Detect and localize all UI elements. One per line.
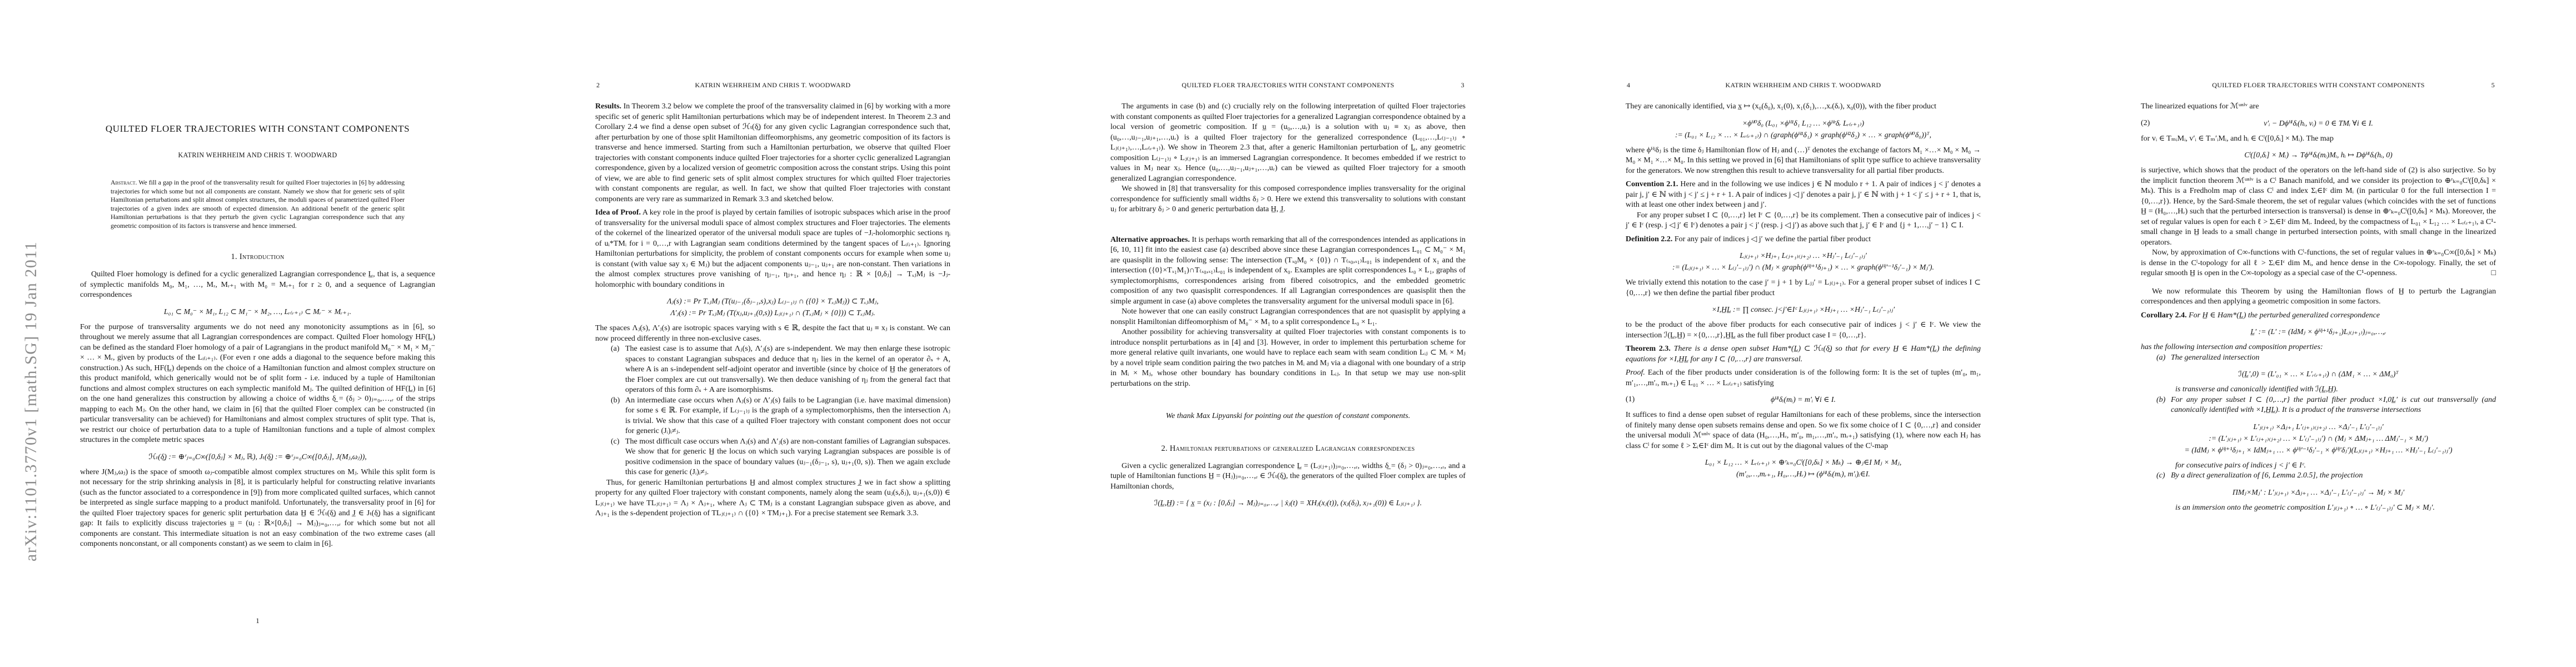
display-equation: L₀₁ ⊂ M₀⁻ × M₁, L₁₂ ⊂ M₁⁻ × M₂, …, Lᵣ₍ᵣ₊… — [80, 306, 435, 317]
page-2: 2 KATRIN WEHRHEIM AND CHRIS T. WOODWARD … — [515, 0, 1030, 667]
paragraph: Thus, for generic Hamiltonian perturbati… — [595, 478, 950, 519]
abstract: Abstract. We fill a gap in the proof of … — [111, 178, 405, 230]
paragraph-text: It is perhaps worth remarking that all o… — [1110, 236, 1466, 306]
arxiv-watermark: arXiv:1101.3770v1 [math.SG] 19 Jan 2011 — [22, 241, 41, 561]
paragraph-text: Each of the fiber products under conside… — [1626, 369, 1981, 387]
display-equation: ℐ(L̲,H̲) := { x̲ = (xⱼ : [0,δⱼ] → Mⱼ)ⱼ₌₀… — [1110, 497, 1466, 509]
alternative-label: Alternative approaches. — [1110, 236, 1190, 244]
running-head-title: QUILTED FLOER TRAJECTORIES WITH CONSTANT… — [2141, 81, 2496, 89]
running-head: QUILTED FLOER TRAJECTORIES WITH CONSTANT… — [1110, 81, 1466, 89]
running-head: 2 KATRIN WEHRHEIM AND CHRIS T. WOODWARD — [595, 81, 950, 89]
list-continuation: is transverse and canonically identified… — [2175, 385, 2496, 395]
paragraph: It suffices to find a dense open subset … — [1626, 410, 1981, 451]
paragraph-proof: Proof. Each of the fiber products under … — [1626, 368, 1981, 389]
paragraph: We trivially extend this notation to the… — [1626, 278, 1981, 298]
paragraph-corollary: Corollary 2.4. For H̲ ∈ Ham*(L̲) the per… — [2141, 311, 2496, 321]
paragraph-results: Results. In Theorem 3.2 below we complet… — [595, 102, 950, 205]
list-text: An intermediate case occurs when Λⱼ(s) o… — [625, 396, 950, 437]
paragraph-alternative-approaches: Alternative approaches. It is perhaps wo… — [1110, 235, 1466, 307]
list-label: (b) — [2156, 395, 2171, 416]
list-continuation: for consecutive pairs of indices j < j′ … — [2175, 461, 2496, 471]
display-equation: ×ϕᴴ⁰δ₀ (L₀₁ ×ϕᴴ¹δ₁ L₁₂ … ×ϕᴴʳδᵣ Lᵣ₍ᵣ₊₁₎)… — [1626, 117, 1981, 141]
convention-label: Convention 2.1. — [1626, 180, 1678, 188]
paragraph: where ϕᴴʲδⱼ is the time δⱼ Hamiltonian f… — [1626, 146, 1981, 177]
paragraph: Another possibility for achieving transv… — [1110, 327, 1466, 389]
corollary-label: Corollary 2.4. — [2141, 311, 2187, 320]
paragraph: They are canonically identified, via x̲ … — [1626, 102, 1981, 112]
section-heading-introduction: 1. Introduction — [80, 252, 435, 262]
paragraph: is surjective, which shows that the prod… — [2141, 166, 2496, 248]
list-text: For any proper subset I ⊂ {0,…,r} the pa… — [2171, 395, 2496, 416]
paragraph: for vᵢ ∈ TₘᵢMᵢ, v′ᵢ ∈ Tₘ′ᵢMᵢ, and hᵢ ∈ C… — [2141, 134, 2496, 145]
results-label: Results. — [595, 102, 621, 111]
display-equation: L̲′ := (L′ := (IdMⱼ × ϕᴴʲ⁺¹δⱼ₊₁)Lⱼ₍ⱼ₊₁₎)… — [2141, 326, 2496, 337]
paragraph: We now reformulate this Theorem by using… — [2141, 287, 2496, 307]
list-item-a: (a) The easiest case is to assume that Λ… — [595, 344, 950, 396]
paragraph: Given a cyclic generalized Lagrangian co… — [1110, 461, 1466, 492]
paragraph: For the purpose of transversality argume… — [80, 322, 435, 446]
paragraph-idea-of-proof: Idea of Proof. A key role in the proof i… — [595, 208, 950, 290]
list-continuation: is an immersion onto the geometric compo… — [2175, 503, 2496, 514]
display-equation: ΠMⱼ×Mⱼ′ : L′ⱼ₍ⱼ₊₁₎ ×Δⱼ₊₁ … ×Δⱼ′₋₁ L′₍ⱼ′₋… — [2141, 486, 2496, 498]
list-text: By a direct generalization of [6, Lemma … — [2171, 471, 2496, 481]
paper-authors: KATRIN WEHRHEIM AND CHRIS T. WOODWARD — [80, 151, 435, 160]
paragraph: The spaces Λⱼ(s), Λ′ⱼ(s) are isotropic s… — [595, 323, 950, 344]
running-head: 4 KATRIN WEHRHEIM AND CHRIS T. WOODWARD — [1626, 81, 1981, 89]
abstract-text: We fill a gap in the proof of the transv… — [111, 178, 405, 230]
list-text: The easiest case is to assume that Λⱼ(s)… — [625, 344, 950, 396]
page-number: 4 — [1627, 81, 1630, 89]
page-4: 4 KATRIN WEHRHEIM AND CHRIS T. WOODWARD … — [1546, 0, 2061, 667]
display-equation: ℐ(L̲′,0) = (L′₀₁ × … × L′ᵣ₍ᵣ₊₁₎) ∩ (ΔM₁ … — [2141, 368, 2496, 380]
paragraph-definition: Definition 2.2. For any pair of indices … — [1626, 235, 1981, 245]
qed-box: □ — [2480, 268, 2496, 279]
list-label: (c) — [611, 437, 625, 478]
definition-label: Definition 2.2. — [1626, 235, 1672, 243]
list-item-b: (b) For any proper subset I ⊂ {0,…,r} th… — [2141, 395, 2496, 416]
idea-label: Idea of Proof. — [595, 208, 641, 217]
page-number: 2 — [596, 81, 600, 89]
proof-label: Proof. — [1626, 369, 1645, 377]
paragraph: The arguments in case (b) and (c) crucia… — [1110, 102, 1466, 184]
running-head-title: QUILTED FLOER TRAJECTORIES WITH CONSTANT… — [1110, 81, 1466, 89]
display-equation: v′ᵢ − Dϕᴴⁱδᵢ(hᵢ, vᵢ) = 0 ∈ TMᵢ ∀i ∈ I. — [2141, 117, 2496, 129]
list-item-c: (c) The most difficult case occurs when … — [595, 437, 950, 478]
paragraph-convention: Convention 2.1. Here and in the followin… — [1626, 180, 1981, 211]
paragraph-text: A key role in the proof is played by cer… — [595, 208, 950, 289]
paragraph-text: For any pair of indices j ◁ j′ we define… — [1675, 235, 1871, 243]
corollary-text: For H̲ ∈ Ham*(L̲) the perturbed generali… — [2189, 311, 2380, 320]
theorem-text: There is a dense open subset Ham*(L̲) ⊂ … — [1626, 345, 1981, 364]
list-label: (a) — [2156, 353, 2171, 364]
paragraph: has the following intersection and compo… — [2141, 342, 2496, 353]
list-item-c: (c) By a direct generalization of [6, Le… — [2141, 471, 2496, 481]
display-equation: L₀₁ × L₁₂ … × Lᵣ₍ᵣ₊₁₎ × ⊕ʳₖ₌₀Cˡ([0,δₖ] ×… — [1626, 456, 1981, 480]
list-item-b: (b) An intermediate case occurs when Λⱼ(… — [595, 396, 950, 437]
display-equation: Lⱼ₍ⱼ₊₁₎ ×Hⱼ₊₁ L₍ⱼ₊₁₎₍ⱼ₊₂₎ … ×Hⱼ′₋₁ L₍ⱼ′₋… — [1626, 250, 1981, 273]
paragraph-text: Now, by approximation of C∞-functions wi… — [2141, 248, 2496, 277]
document-canvas: { "watermark": "arXiv:1101.3770v1 [math.… — [0, 0, 2576, 667]
paper-title: QUILTED FLOER TRAJECTORIES WITH CONSTANT… — [80, 123, 435, 135]
equation-number: (1) — [1626, 394, 1635, 405]
numbered-equation: (1) ϕᴴⁱδᵢ(mᵢ) = m′ᵢ ∀i ∈ I. — [1626, 394, 1981, 405]
display-equation: Λⱼ(s) := Pr TₓⱼMⱼ (T(uⱼ₋₁(δⱼ₋₁,s),xⱼ) L₍… — [595, 295, 950, 318]
list-text: The generalized intersection — [2171, 353, 2496, 364]
paragraph: For any proper subset I ⊂ {0,…,r} let Iᶜ… — [1626, 211, 1981, 231]
paragraph: The linearized equations for ℳᵘⁿⁱᵛ are — [2141, 102, 2496, 112]
paragraph: Quilted Floer homology is defined for a … — [80, 270, 435, 301]
page-1: QUILTED FLOER TRAJECTORIES WITH CONSTANT… — [0, 0, 515, 667]
display-equation: ℋₜ(δ̲) := ⊕ʳⱼ₌₀C∞([0,δⱼ] × Mⱼ, ℝ), Jₜ(δ̲… — [80, 451, 435, 462]
list-label: (a) — [611, 344, 625, 396]
page-number: 1 — [0, 617, 515, 625]
numbered-equation: (2) v′ᵢ − Dϕᴴⁱδᵢ(hᵢ, vᵢ) = 0 ∈ TMᵢ ∀i ∈ … — [2141, 117, 2496, 129]
list-item-a: (a) The generalized intersection — [2141, 353, 2496, 364]
page-3: QUILTED FLOER TRAJECTORIES WITH CONSTANT… — [1030, 0, 1546, 667]
running-head-authors: KATRIN WEHRHEIM AND CHRIS T. WOODWARD — [1626, 81, 1981, 89]
list-label: (c) — [2156, 471, 2171, 481]
paragraph-proof-end: Now, by approximation of C∞-functions wi… — [2141, 248, 2496, 279]
abstract-label: Abstract. — [111, 178, 137, 186]
display-equation: ϕᴴⁱδᵢ(mᵢ) = m′ᵢ ∀i ∈ I. — [1626, 394, 1981, 405]
list-label: (b) — [611, 396, 625, 437]
acknowledgement: We thank Max Lipyanski for pointing out … — [1110, 411, 1466, 422]
running-head-authors: KATRIN WEHRHEIM AND CHRIS T. WOODWARD — [595, 81, 950, 89]
page-strip: QUILTED FLOER TRAJECTORIES WITH CONSTANT… — [0, 0, 2576, 667]
page-number: 3 — [1461, 81, 1464, 89]
running-head: QUILTED FLOER TRAJECTORIES WITH CONSTANT… — [2141, 81, 2496, 89]
equation-number: (2) — [2141, 117, 2150, 129]
paragraph: We showed in [8] that transversality for… — [1110, 184, 1466, 215]
list-text: The most difficult case occurs when Λⱼ(s… — [625, 437, 950, 478]
display-equation: L′ⱼ₍ⱼ₊₁₎ ×Δⱼ₊₁ L′₍ⱼ₊₁₎₍ⱼ₊₂₎ … ×Δⱼ′₋₁ L′₍… — [2141, 421, 2496, 456]
paragraph: to be the product of the above fiber pro… — [1626, 320, 1981, 341]
display-equation: Cˡ([0,δᵢ] × Mᵢ) → Tϕᴴⁱδᵢ(mᵢ)Mᵢ, hᵢ ↦ Dϕᴴ… — [2141, 149, 2496, 161]
page-5: QUILTED FLOER TRAJECTORIES WITH CONSTANT… — [2061, 0, 2576, 667]
theorem-label: Theorem 2.3. — [1626, 345, 1671, 353]
paragraph: where J(Mⱼ,ωⱼ) is the space of smooth ωⱼ… — [80, 467, 435, 550]
section-heading-hamiltonian-perturbations: 2. Hamiltonian perturbations of generali… — [1110, 444, 1466, 454]
page-number: 5 — [2492, 81, 2495, 89]
paragraph-theorem: Theorem 2.3. There is a dense open subse… — [1626, 344, 1981, 365]
display-equation: ×I,H̲L̲ := ∏ consec. j<j′∈Iᶜ Lⱼ₍ⱼ₊₁₎ ×Hⱼ… — [1626, 303, 1981, 315]
paragraph: Note however that one can easily constru… — [1110, 307, 1466, 327]
paragraph-text: In Theorem 3.2 below we complete the pro… — [595, 102, 950, 203]
paragraph-text: Here and in the following we use indices… — [1626, 180, 1981, 209]
